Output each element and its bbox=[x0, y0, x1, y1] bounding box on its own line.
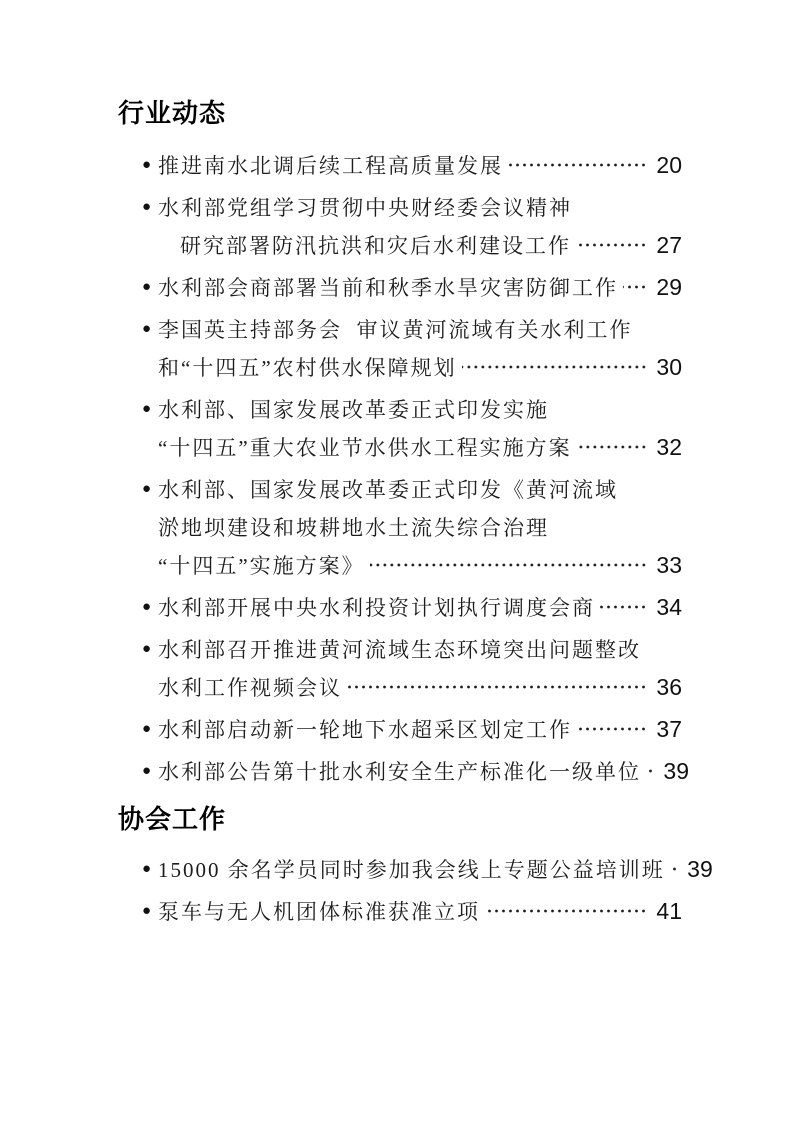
entry-text: 水利部公告第十批水利安全生产标准化一级单位 bbox=[158, 756, 641, 786]
dot-leader bbox=[623, 268, 647, 306]
dot-leader bbox=[577, 428, 647, 466]
toc-entry-line: ● 水利部、国家发展改革委正式印发实施 bbox=[142, 390, 682, 428]
entry-text: “十四五”重大农业节水供水工程实施方案 bbox=[158, 432, 572, 462]
page-number: 33 bbox=[656, 552, 682, 579]
dot-leader bbox=[577, 710, 647, 748]
entry-text: 推进南水北调后续工程高质量发展 bbox=[158, 150, 503, 180]
bullet-icon: ● bbox=[142, 861, 158, 878]
dot-leader bbox=[670, 850, 678, 888]
entry-text: “十四五”实施方案》 bbox=[158, 550, 365, 580]
page-number: 39 bbox=[687, 856, 713, 883]
page-number: 37 bbox=[656, 716, 682, 743]
section-heading-association-work: 协会工作 bbox=[118, 802, 682, 836]
dot-leader bbox=[508, 146, 647, 184]
page-number: 30 bbox=[656, 354, 682, 381]
document-page: 行业动态 ● 推进南水北调后续工程高质量发展 20 ● 水利部党组学习贯彻中央财… bbox=[0, 0, 800, 1131]
toc-entry-line: ● 15000 余名学员同时参加我会线上专题公益培训班 39 bbox=[142, 850, 682, 888]
dot-leader bbox=[646, 752, 654, 790]
toc-entry-line: ● 李国英主持部务会 审议黄河流域有关水利工作 bbox=[142, 310, 682, 348]
bullet-icon: ● bbox=[142, 157, 158, 174]
toc-entry-line: 研究部署防汛抗洪和灾后水利建设工作 27 bbox=[142, 226, 682, 264]
bullet-icon: ● bbox=[142, 599, 158, 616]
dot-leader bbox=[462, 348, 647, 386]
page-number: 32 bbox=[656, 434, 682, 461]
bullet-icon: ● bbox=[142, 763, 158, 780]
entry-text: 研究部署防汛抗洪和灾后水利建设工作 bbox=[180, 230, 571, 260]
toc-entry: ● 水利部会商部署当前和秋季水旱灾害防御工作 29 bbox=[142, 268, 682, 306]
dot-leader bbox=[600, 588, 647, 626]
toc-entry: ● 15000 余名学员同时参加我会线上专题公益培训班 39 bbox=[142, 850, 682, 888]
toc-entry: ● 水利部、国家发展改革委正式印发《黄河流域 淤地坝建设和坡耕地水土流失综合治理… bbox=[142, 470, 682, 584]
entry-text: 水利部、国家发展改革委正式印发实施 bbox=[158, 394, 549, 424]
toc-entry: ● 泵车与无人机团体标准获准立项 41 bbox=[142, 892, 682, 930]
dot-leader bbox=[370, 546, 647, 584]
dot-leader bbox=[347, 668, 647, 706]
toc-entry-line: “十四五”实施方案》 33 bbox=[142, 546, 682, 584]
page-number: 20 bbox=[656, 152, 682, 179]
entry-text: 水利部开展中央水利投资计划执行调度会商 bbox=[158, 592, 595, 622]
toc-entry: ● 水利部启动新一轮地下水超采区划定工作 37 bbox=[142, 710, 682, 748]
bullet-icon: ● bbox=[142, 481, 158, 498]
table-of-contents: 行业动态 ● 推进南水北调后续工程高质量发展 20 ● 水利部党组学习贯彻中央财… bbox=[0, 0, 800, 930]
toc-entry: ● 水利部开展中央水利投资计划执行调度会商 34 bbox=[142, 588, 682, 626]
entry-text: 李国英主持部务会 审议黄河流域有关水利工作 bbox=[158, 314, 633, 344]
dot-leader bbox=[576, 226, 647, 264]
toc-entry-line: “十四五”重大农业节水供水工程实施方案 32 bbox=[142, 428, 682, 466]
toc-entry: ● 水利部党组学习贯彻中央财经委会议精神 研究部署防汛抗洪和灾后水利建设工作 2… bbox=[142, 188, 682, 264]
section-heading-industry-news: 行业动态 bbox=[118, 96, 682, 130]
entry-text: 淤地坝建设和坡耕地水土流失综合治理 bbox=[158, 512, 549, 542]
entry-text: 15000 余名学员同时参加我会线上专题公益培训班 bbox=[158, 854, 665, 884]
toc-entry-line: ● 水利部公告第十批水利安全生产标准化一级单位 39 bbox=[142, 752, 682, 790]
toc-entry-line: ● 推进南水北调后续工程高质量发展 20 bbox=[142, 146, 682, 184]
toc-entry-line: 和“十四五”农村供水保障规划 30 bbox=[142, 348, 682, 386]
toc-entry-line: ● 水利部党组学习贯彻中央财经委会议精神 bbox=[142, 188, 682, 226]
entry-text: 泵车与无人机团体标准获准立项 bbox=[158, 896, 480, 926]
toc-entry-line: ● 水利部启动新一轮地下水超采区划定工作 37 bbox=[142, 710, 682, 748]
page-number: 27 bbox=[656, 232, 682, 259]
toc-entry-line: ● 水利部、国家发展改革委正式印发《黄河流域 bbox=[142, 470, 682, 508]
entry-text: 水利部召开推进黄河流域生态环境突出问题整改 bbox=[158, 634, 641, 664]
bullet-icon: ● bbox=[142, 279, 158, 296]
page-number: 29 bbox=[656, 274, 682, 301]
entry-text: 水利部启动新一轮地下水超采区划定工作 bbox=[158, 714, 572, 744]
bullet-icon: ● bbox=[142, 199, 158, 216]
association-work-entries: ● 15000 余名学员同时参加我会线上专题公益培训班 39 ● 泵车与无人机团… bbox=[142, 850, 682, 930]
page-number: 39 bbox=[663, 758, 689, 785]
page-number: 34 bbox=[656, 594, 682, 621]
entry-text: 水利部党组学习贯彻中央财经委会议精神 bbox=[158, 192, 572, 222]
entry-text: 水利工作视频会议 bbox=[158, 672, 342, 702]
bullet-icon: ● bbox=[142, 903, 158, 920]
toc-entry-line: 水利工作视频会议 36 bbox=[142, 668, 682, 706]
bullet-icon: ● bbox=[142, 321, 158, 338]
toc-entry: ● 水利部、国家发展改革委正式印发实施 “十四五”重大农业节水供水工程实施方案 … bbox=[142, 390, 682, 466]
toc-entry: ● 推进南水北调后续工程高质量发展 20 bbox=[142, 146, 682, 184]
toc-entry-line: ● 泵车与无人机团体标准获准立项 41 bbox=[142, 892, 682, 930]
entry-text: 水利部、国家发展改革委正式印发《黄河流域 bbox=[158, 474, 618, 504]
toc-entry: ● 水利部召开推进黄河流域生态环境突出问题整改 水利工作视频会议 36 bbox=[142, 630, 682, 706]
toc-entry-line: ● 水利部召开推进黄河流域生态环境突出问题整改 bbox=[142, 630, 682, 668]
toc-entry: ● 水利部公告第十批水利安全生产标准化一级单位 39 bbox=[142, 752, 682, 790]
toc-entry-line: ● 水利部会商部署当前和秋季水旱灾害防御工作 29 bbox=[142, 268, 682, 306]
toc-entry-line: ● 水利部开展中央水利投资计划执行调度会商 34 bbox=[142, 588, 682, 626]
industry-news-entries: ● 推进南水北调后续工程高质量发展 20 ● 水利部党组学习贯彻中央财经委会议精… bbox=[142, 146, 682, 790]
page-number: 36 bbox=[656, 674, 682, 701]
toc-entry-line: 淤地坝建设和坡耕地水土流失综合治理 bbox=[142, 508, 682, 546]
page-number: 41 bbox=[656, 898, 682, 925]
bullet-icon: ● bbox=[142, 721, 158, 738]
bullet-icon: ● bbox=[142, 641, 158, 658]
bullet-icon: ● bbox=[142, 401, 158, 418]
toc-entry: ● 李国英主持部务会 审议黄河流域有关水利工作 和“十四五”农村供水保障规划 3… bbox=[142, 310, 682, 386]
entry-text: 水利部会商部署当前和秋季水旱灾害防御工作 bbox=[158, 272, 618, 302]
dot-leader bbox=[485, 892, 647, 930]
entry-text: 和“十四五”农村供水保障规划 bbox=[158, 352, 457, 382]
